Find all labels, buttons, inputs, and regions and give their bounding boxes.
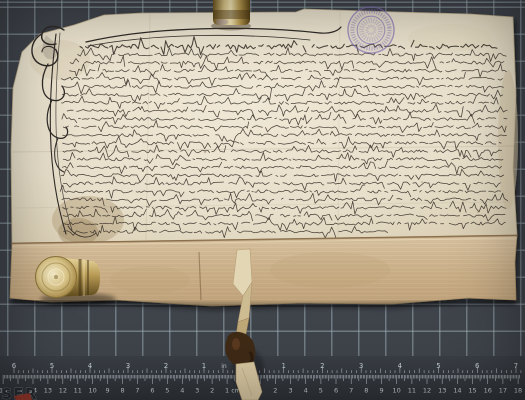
ruler-number: 1	[202, 362, 206, 370]
ruler-number: 6	[334, 387, 338, 395]
ruler-number: 1	[225, 387, 229, 395]
ruler-number: 7	[514, 362, 518, 370]
ruler-ticks	[3, 375, 242, 384]
ruler-number: 4	[180, 387, 184, 395]
ruler-number: 11	[408, 387, 416, 395]
ruler-number: 15	[468, 387, 476, 395]
ruler-number: 3	[288, 387, 292, 395]
ruler-number: 12	[59, 387, 67, 395]
ruler-ticks	[245, 375, 520, 384]
ruler-number: 5	[50, 362, 54, 370]
ruler-number: 6	[150, 387, 154, 395]
ruler-number: 8	[120, 387, 124, 395]
ruler-number: 8	[364, 387, 368, 395]
ruler-number: 2	[273, 387, 277, 395]
ruler-number: 3	[359, 362, 363, 370]
ruler-number: 2	[164, 362, 168, 370]
ruler-number: 7	[135, 387, 139, 395]
ruler-number: 17	[499, 387, 507, 395]
ruler-number: 13	[44, 387, 52, 395]
ruler-number: 10	[393, 387, 401, 395]
ruler-number: 7	[349, 387, 353, 395]
ruler-number: 10	[89, 387, 97, 395]
ruler-number: 5	[165, 387, 169, 395]
ruler-number: 5	[436, 362, 440, 370]
ruler-number: 1	[281, 362, 285, 370]
ruler-number: 4	[398, 362, 403, 370]
ruler-number: 9	[379, 387, 383, 395]
ruler-ticks	[245, 367, 521, 374]
ruler-number: 2	[210, 387, 214, 395]
ruler-number: 18	[514, 387, 522, 395]
ruler-number: 4	[304, 387, 308, 395]
ruler-number: in	[221, 363, 227, 370]
photo-of-medieval-charter: 6543211234567161514131211109876543211234…	[0, 0, 525, 400]
ruler-number: 5	[319, 387, 323, 395]
ruler-number: 9	[106, 387, 110, 395]
ruler-number: 3	[195, 387, 199, 395]
ruler-number: 2	[320, 362, 324, 370]
ruler-number: 16	[484, 387, 492, 395]
charter-artwork: 6543211234567161514131211109876543211234…	[0, 0, 525, 400]
ruler-number: 4	[88, 362, 93, 370]
ruler-number: 12	[423, 387, 431, 395]
ruler-number: 11	[74, 387, 82, 395]
brass-weight-top	[211, 0, 251, 31]
ruler-number: 6	[12, 362, 17, 370]
ruler-number: 3	[126, 362, 130, 370]
ruler-number: 6	[475, 362, 480, 370]
ruler-number: 13	[438, 387, 446, 395]
ruler-number: 14	[453, 387, 461, 395]
